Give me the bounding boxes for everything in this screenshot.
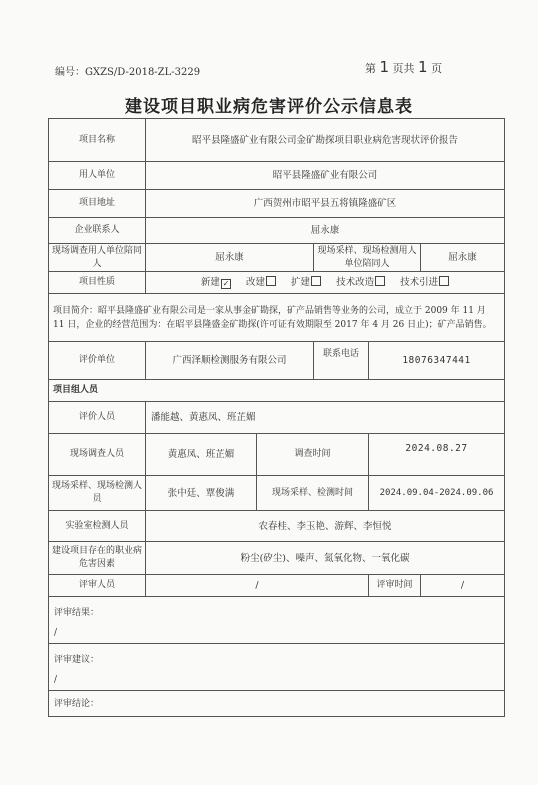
survey-escort-label: 现场调查用人单位陪同人 — [49, 244, 146, 272]
review-conclusion-label: 评审结论： — [54, 694, 500, 714]
row-evaluator: 评价单位 广西泽顺检测服务有限公司 联系电话 18076347441 — [49, 342, 505, 380]
survey-time-label: 调查时间 — [257, 434, 369, 476]
review-conclusion-block: 评审结论： — [49, 691, 505, 717]
employer-value: 昭平县隆盛矿业有限公司 — [146, 162, 505, 190]
sampling-staff-label: 现场采样、现场检测人员 — [49, 476, 146, 511]
evaluator-label: 评价单位 — [49, 342, 146, 380]
phone-value: 18076347441 — [369, 342, 505, 380]
lab-staff-value: 农春桂、李玉艳、游辉、李恒悦 — [146, 511, 505, 542]
row-review-advice: 评审建议： / — [49, 644, 505, 691]
survey-staff-label: 现场调查人员 — [49, 434, 146, 476]
page-mid: 页共 — [393, 62, 415, 75]
hazards-value: 粉尘(矽尘)、噪声、氮氧化物、一氧化碳 — [146, 542, 505, 575]
project-name-label: 项目名称 — [49, 119, 146, 162]
project-intro: 项目简介：昭平县隆盛矿业有限公司是一家从事金矿勘探，矿产品销售等业务的公司，成立… — [49, 294, 505, 342]
page-current: 1 — [380, 58, 390, 76]
nature-label: 项目性质 — [49, 272, 146, 294]
row-employer: 用人单位 昭平县隆盛矿业有限公司 — [49, 162, 505, 190]
sampling-staff-value: 张中廷、覃俊满 — [146, 476, 257, 511]
assessors-label: 评价人员 — [49, 402, 146, 434]
page-prefix: 第 — [365, 62, 376, 75]
nature-options: 新建✓ 改建 扩建 技术改造 技术引进 — [146, 272, 505, 294]
row-hazards: 建设项目存在的职业病危害因素 粉尘(矽尘)、噪声、氮氧化物、一氧化碳 — [49, 542, 505, 575]
hazards-label: 建设项目存在的职业病危害因素 — [49, 542, 146, 575]
row-review-result: 评审结果： / — [49, 597, 505, 644]
row-review-conclusion: 评审结论： — [49, 691, 505, 717]
evaluator-value: 广西泽顺检测服务有限公司 — [146, 342, 314, 380]
survey-time-value: 2024.08.27 — [369, 434, 505, 476]
nature-option-expand[interactable]: 扩建 — [291, 277, 321, 288]
row-review: 评审人员 / 评审时间 / — [49, 575, 505, 597]
review-time-label: 评审时间 — [369, 575, 421, 597]
document-number: 编号：GXZS/D-2018-ZL-3229 — [55, 63, 200, 78]
row-survey: 现场调查人员 黄惠凤、班芷媚 调查时间 2024.08.27 — [49, 434, 505, 476]
sampling-time-value: 2024.09.04-2024.09.06 — [369, 476, 505, 511]
review-advice-block: 评审建议： / — [49, 644, 505, 691]
phone-label: 联系电话 — [314, 342, 369, 380]
checkbox-checked-icon[interactable]: ✓ — [221, 279, 231, 289]
review-time-value: / — [421, 575, 505, 597]
review-result-block: 评审结果： / — [49, 597, 505, 644]
nature-option-new[interactable]: 新建✓ — [201, 277, 231, 288]
row-intro: 项目简介：昭平县隆盛矿业有限公司是一家从事金矿勘探，矿产品销售等业务的公司，成立… — [49, 294, 505, 342]
checkbox-empty-icon[interactable] — [311, 276, 321, 286]
sampling-escort-value: 屈永康 — [421, 244, 505, 272]
checkbox-empty-icon[interactable] — [439, 276, 449, 286]
row-assessors: 评价人员 潘能越、黄惠凤、班芷媚 — [49, 402, 505, 434]
row-contact: 企业联系人 屈永康 — [49, 218, 505, 244]
row-address: 项目地址 广西贺州市昭平县五将镇隆盛矿区 — [49, 190, 505, 218]
lab-staff-label: 实验室检测人员 — [49, 511, 146, 542]
row-sampling: 现场采样、现场检测人员 张中廷、覃俊满 现场采样、检测时间 2024.09.04… — [49, 476, 505, 511]
page-title: 建设项目职业病危害评价公示信息表 — [0, 92, 538, 117]
survey-escort-value: 屈永康 — [146, 244, 314, 272]
team-section-heading: 项目组人员 — [49, 380, 505, 402]
row-lab: 实验室检测人员 农春桂、李玉艳、游辉、李恒悦 — [49, 511, 505, 542]
survey-staff-value: 黄惠凤、班芷媚 — [146, 434, 257, 476]
page-indicator: 第 1 页共 1 页 — [365, 58, 442, 76]
review-advice-value: / — [54, 670, 500, 690]
row-escort: 现场调查用人单位陪同人 屈永康 现场采样、现场检测用人单位陪同人 屈永康 — [49, 244, 505, 272]
page-suffix: 页 — [431, 62, 442, 75]
nature-option-tech-upgrade[interactable]: 技术改造 — [336, 277, 385, 288]
review-advice-label: 评审建议： — [54, 650, 500, 670]
employer-label: 用人单位 — [49, 162, 146, 190]
sampling-escort-label: 现场采样、现场检测用人单位陪同人 — [314, 244, 421, 272]
checkbox-empty-icon[interactable] — [375, 276, 385, 286]
contact-label: 企业联系人 — [49, 218, 146, 244]
row-project-name: 项目名称 昭平县隆盛矿业有限公司金矿勘探项目职业病危害现状评价报告 — [49, 119, 505, 162]
review-result-value: / — [54, 623, 500, 643]
address-label: 项目地址 — [49, 190, 146, 218]
row-team-section: 项目组人员 — [49, 380, 505, 402]
page-total: 1 — [418, 58, 428, 76]
reviewers-value: / — [146, 575, 369, 597]
nature-option-tech-import[interactable]: 技术引进 — [400, 277, 449, 288]
contact-value: 屈永康 — [146, 218, 505, 244]
address-value: 广西贺州市昭平县五将镇隆盛矿区 — [146, 190, 505, 218]
checkbox-empty-icon[interactable] — [266, 276, 276, 286]
disclosure-form-table: 项目名称 昭平县隆盛矿业有限公司金矿勘探项目职业病危害现状评价报告 用人单位 昭… — [48, 118, 505, 717]
assessors-value: 潘能越、黄惠凤、班芷媚 — [146, 402, 505, 434]
project-name-value: 昭平县隆盛矿业有限公司金矿勘探项目职业病危害现状评价报告 — [146, 119, 505, 162]
row-nature: 项目性质 新建✓ 改建 扩建 技术改造 技术引进 — [49, 272, 505, 294]
review-result-label: 评审结果： — [54, 603, 500, 623]
nature-option-rebuild[interactable]: 改建 — [246, 277, 276, 288]
sampling-time-label: 现场采样、检测时间 — [257, 476, 369, 511]
reviewers-label: 评审人员 — [49, 575, 146, 597]
